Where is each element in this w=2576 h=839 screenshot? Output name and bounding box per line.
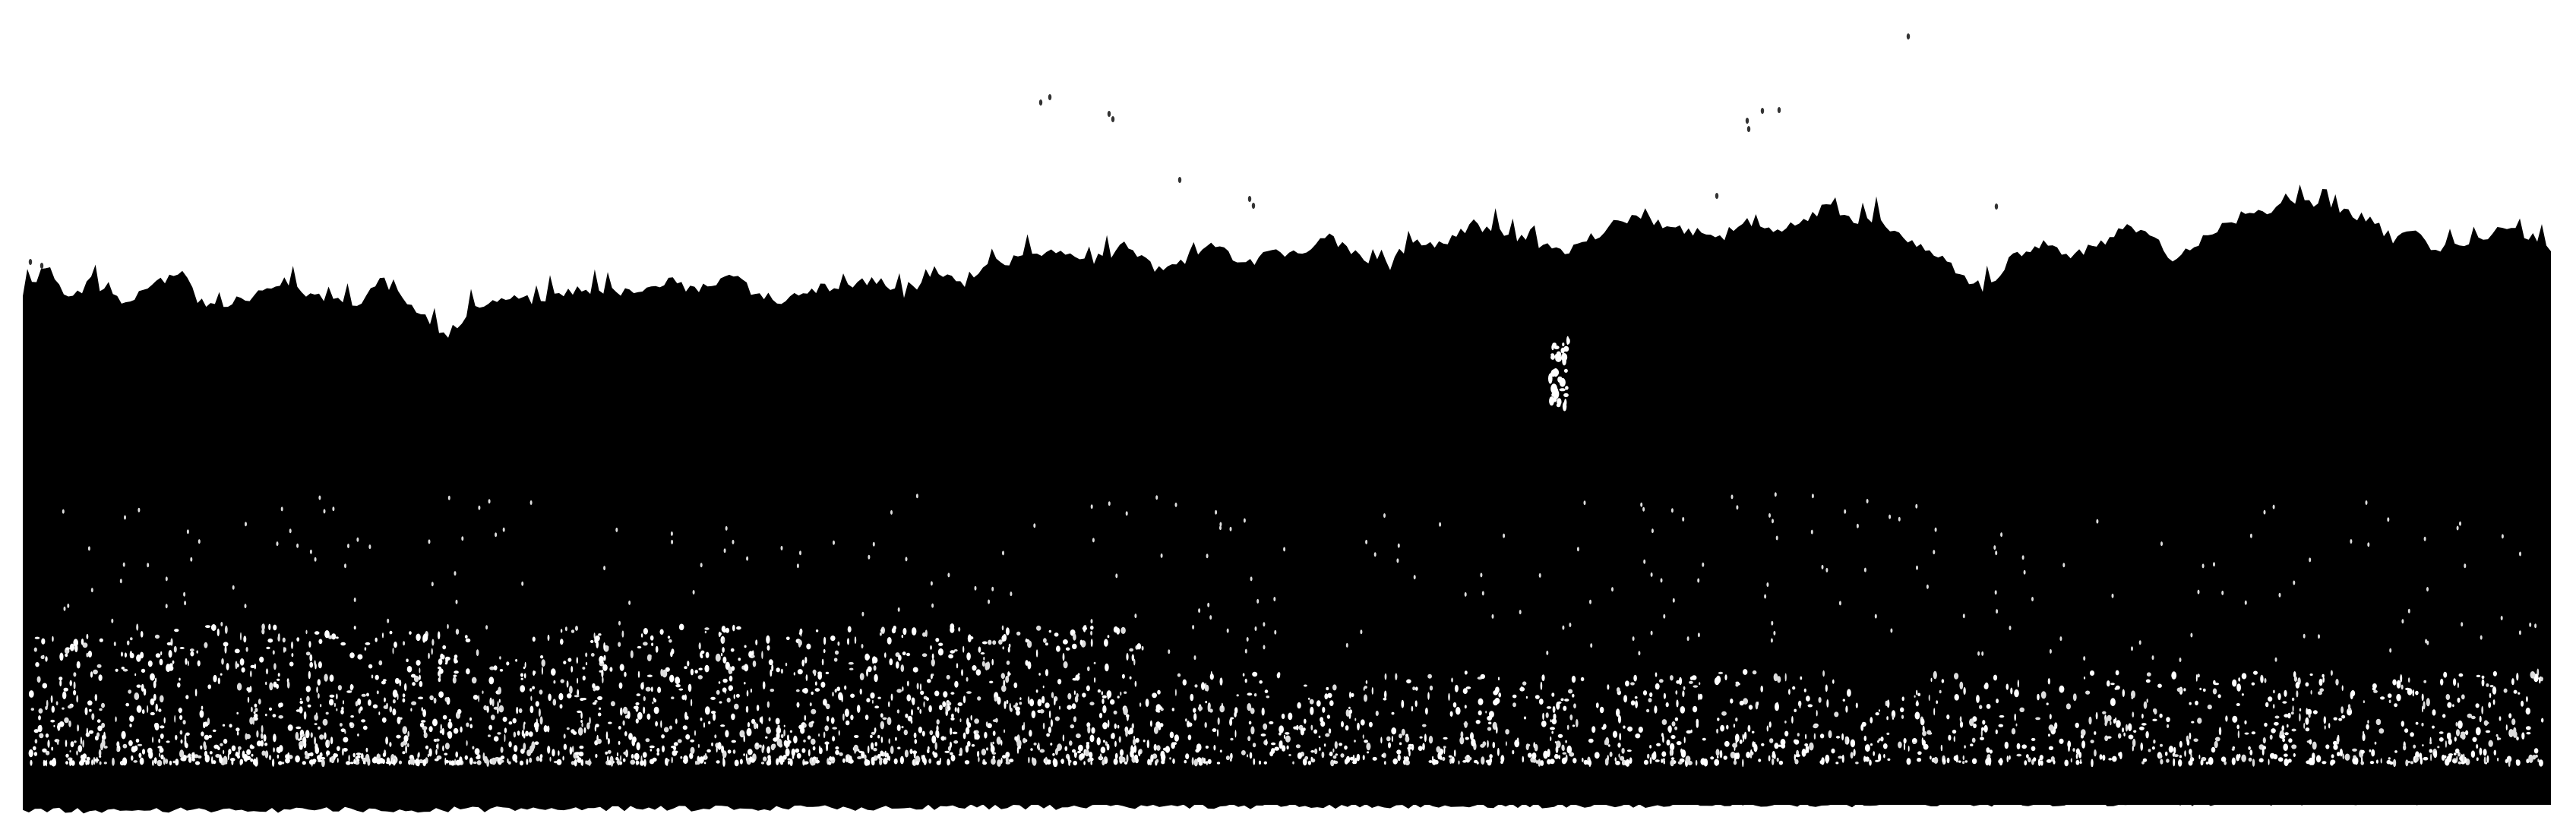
treeline-photo — [0, 0, 2576, 839]
